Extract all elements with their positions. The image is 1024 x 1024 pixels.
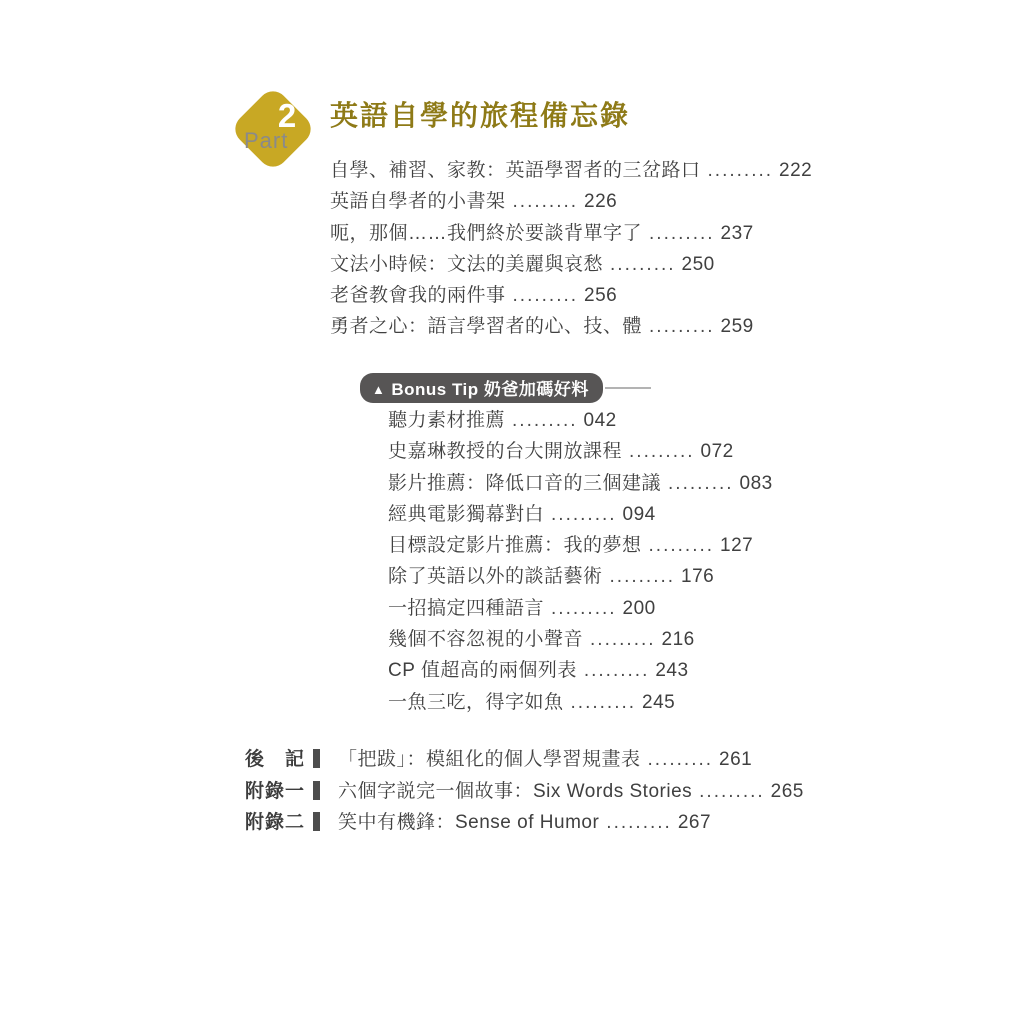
dot-leader: ......... <box>668 473 734 494</box>
bonus-entry-title: 目標設定影片推薦：我的夢想 <box>388 535 642 556</box>
vertical-bar-divider <box>313 812 320 831</box>
dot-leader: ......... <box>606 812 672 833</box>
back-matter-page: 261 <box>719 749 752 770</box>
dot-leader: ......... <box>584 660 650 681</box>
page-title: 英語自學的旅程備忘錄 <box>330 94 630 134</box>
back-matter-title: 笑中有機鋒：Sense of Humor <box>338 812 599 833</box>
bonus-entry-title: 幾個不容忽視的小聲音 <box>388 629 583 650</box>
back-matter-entry: 後 記「把跋」：模組化的個人學習規畫表.........261 <box>245 744 804 776</box>
bonus-entry-page: 176 <box>681 566 714 587</box>
bonus-tip-badge-row: ▲Bonus Tip 奶爸加碼好料 <box>360 373 651 399</box>
back-matter-label: 附錄一 <box>245 776 307 808</box>
part-badge: 2 Part <box>228 84 328 184</box>
bonus-entry-title: 除了英語以外的談話藝術 <box>388 566 603 587</box>
bonus-entry: 史嘉琳教授的台大開放課程.........072 <box>388 436 773 467</box>
toc-entry-title: 老爸教會我的兩件事 <box>330 285 506 306</box>
bonus-entry: 經典電影獨幕對白.........094 <box>388 499 773 530</box>
vertical-bar-divider <box>313 781 320 800</box>
bonus-entry-page: 127 <box>720 535 753 556</box>
toc-entry-title: 文法小時候：文法的美麗與哀愁 <box>330 254 603 275</box>
bonus-entry-title: 影片推薦：降低口音的三個建議 <box>388 473 661 494</box>
bonus-entry: 聽力素材推薦.........042 <box>388 405 773 436</box>
bonus-entry: 一魚三吃，得字如魚.........245 <box>388 687 773 718</box>
dot-leader: ......... <box>551 598 617 619</box>
toc-entry-page: 226 <box>584 191 617 212</box>
toc-entry-page: 259 <box>721 316 754 337</box>
dot-leader: ......... <box>551 504 617 525</box>
bonus-entry-page: 042 <box>584 410 617 431</box>
dot-leader: ......... <box>610 254 676 275</box>
back-matter-label: 後 記 <box>245 744 307 776</box>
bonus-entry: 幾個不容忽視的小聲音.........216 <box>388 624 773 655</box>
toc-entry-title: 勇者之心：語言學習者的心、技、體 <box>330 316 642 337</box>
bonus-entry-page: 083 <box>740 473 773 494</box>
toc-entry: 老爸教會我的兩件事.........256 <box>330 280 812 311</box>
bonus-entry-title: 經典電影獨幕對白 <box>388 504 544 525</box>
bonus-tip-badge-label: Bonus Tip 奶爸加碼好料 <box>391 380 589 399</box>
bonus-entry-title: 一招搞定四種語言 <box>388 598 544 619</box>
dot-leader: ......... <box>629 441 695 462</box>
dot-leader: ......... <box>649 535 715 556</box>
back-matter-entry: 附錄二笑中有機鋒：Sense of Humor.........267 <box>245 807 804 839</box>
toc-entry-page: 222 <box>779 160 812 181</box>
bonus-entry: 影片推薦：降低口音的三個建議.........083 <box>388 468 773 499</box>
toc-main-list: 自學、補習、家教：英語學習者的三岔路口.........222 英語自學者的小書… <box>330 155 812 343</box>
back-matter-page: 265 <box>771 781 804 802</box>
vertical-bar-divider <box>313 749 320 768</box>
dot-leader: ......... <box>649 316 715 337</box>
back-matter-label: 附錄二 <box>245 807 307 839</box>
dot-leader: ......... <box>590 629 656 650</box>
bonus-entry-title: 史嘉琳教授的台大開放課程 <box>388 441 622 462</box>
bonus-entry-page: 200 <box>623 598 656 619</box>
toc-entry-title: 呃，那個……我們終於要談背單字了 <box>330 223 642 244</box>
bonus-entry: CP 值超高的兩個列表.........243 <box>388 655 773 686</box>
back-matter-page: 267 <box>678 812 711 833</box>
toc-entry: 英語自學者的小書架.........226 <box>330 186 812 217</box>
dot-leader: ......... <box>699 781 765 802</box>
triangle-icon: ▲ <box>372 382 385 397</box>
toc-entry: 自學、補習、家教：英語學習者的三岔路口.........222 <box>330 155 812 186</box>
dot-leader: ......... <box>648 749 714 770</box>
toc-entry-page: 250 <box>682 254 715 275</box>
bonus-entry-page: 243 <box>655 660 688 681</box>
bonus-entry: 一招搞定四種語言.........200 <box>388 593 773 624</box>
toc-entry-page: 237 <box>721 223 754 244</box>
toc-entry-title: 英語自學者的小書架 <box>330 191 506 212</box>
back-matter-entry: 附錄一六個字説完一個故事：Six Words Stories.........2… <box>245 776 804 808</box>
toc-page: 2 Part 英語自學的旅程備忘錄 自學、補習、家教：英語學習者的三岔路口...… <box>0 0 1024 1024</box>
dot-leader: ......... <box>708 160 774 181</box>
dot-leader: ......... <box>571 692 637 713</box>
dot-leader: ......... <box>513 285 579 306</box>
bonus-entry-page: 245 <box>642 692 675 713</box>
bonus-tip-list: 聽力素材推薦.........042 史嘉琳教授的台大開放課程.........… <box>388 405 773 718</box>
back-matter-list: 後 記「把跋」：模組化的個人學習規畫表.........261 附錄一六個字説完… <box>245 744 804 839</box>
bonus-tip-badge: ▲Bonus Tip 奶爸加碼好料 <box>360 373 603 403</box>
dot-leader: ......... <box>512 410 578 431</box>
bonus-entry-title: 一魚三吃，得字如魚 <box>388 692 564 713</box>
bonus-entry: 除了英語以外的談話藝術.........176 <box>388 561 773 592</box>
toc-entry-page: 256 <box>584 285 617 306</box>
bonus-entry-page: 216 <box>662 629 695 650</box>
dot-leader: ......... <box>610 566 676 587</box>
bonus-entry: 目標設定影片推薦：我的夢想.........127 <box>388 530 773 561</box>
back-matter-title: 六個字説完一個故事：Six Words Stories <box>338 781 692 802</box>
toc-entry: 呃，那個……我們終於要談背單字了.........237 <box>330 218 812 249</box>
toc-entry: 文法小時候：文法的美麗與哀愁.........250 <box>330 249 812 280</box>
part-label: Part <box>244 128 288 154</box>
back-matter-title: 「把跋」：模組化的個人學習規畫表 <box>338 749 641 770</box>
bonus-entry-title: 聽力素材推薦 <box>388 410 505 431</box>
badge-trailing-line <box>605 387 651 389</box>
bonus-entry-page: 094 <box>623 504 656 525</box>
dot-leader: ......... <box>513 191 579 212</box>
toc-entry: 勇者之心：語言學習者的心、技、體.........259 <box>330 311 812 342</box>
bonus-entry-title: CP 值超高的兩個列表 <box>388 660 577 681</box>
dot-leader: ......... <box>649 223 715 244</box>
bonus-entry-page: 072 <box>701 441 734 462</box>
toc-entry-title: 自學、補習、家教：英語學習者的三岔路口 <box>330 160 701 181</box>
